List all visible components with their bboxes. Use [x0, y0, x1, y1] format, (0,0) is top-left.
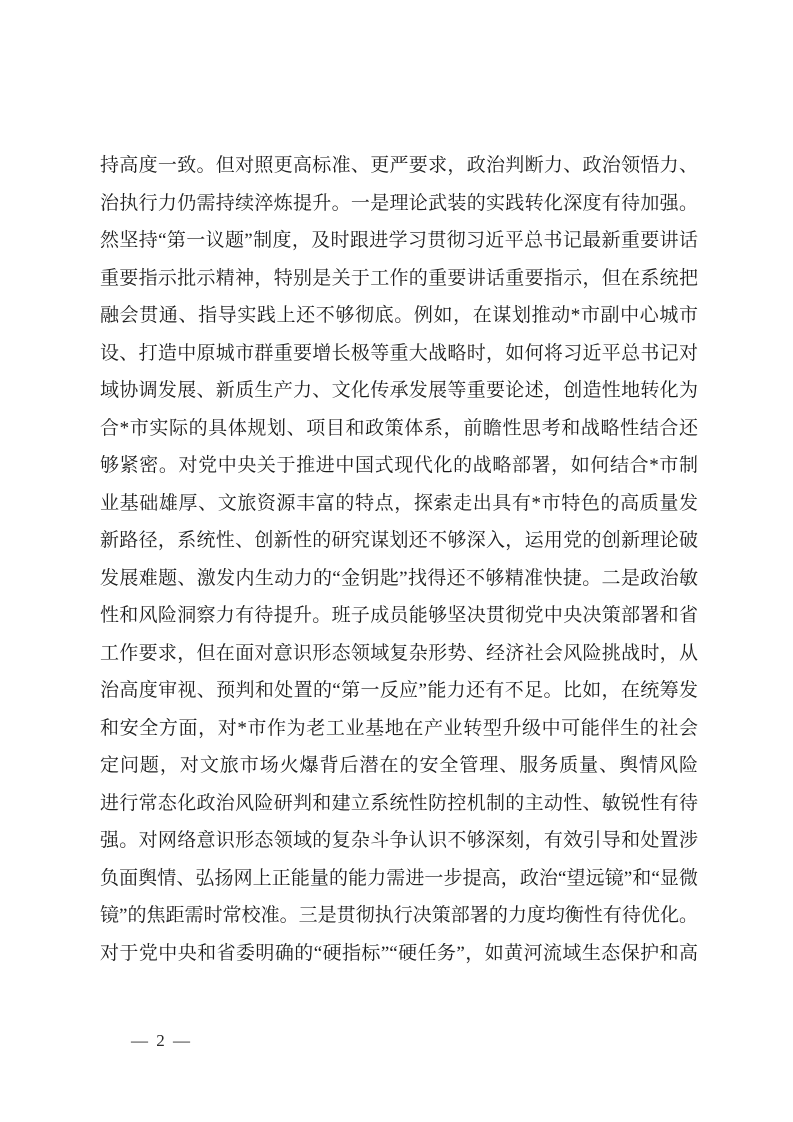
text-line: 治高度审视、预判和处置的“第一反应”能力还有不足。比如，在统筹发展: [100, 672, 698, 710]
text-line: 然坚持“第一议题”制度，及时跟进学习贯彻习近平总书记最新重要讲话和: [100, 222, 698, 260]
document-body: 持高度一致。但对照更高标准、更严要求，政治判断力、政治领悟力、政治执行力仍需持续…: [100, 147, 698, 972]
text-line: 合*市实际的具体规划、项目和政策体系，前瞻性思考和战略性结合还不: [100, 410, 698, 448]
text-line: 够紧密。对党中央关于推进中国式现代化的战略部署，如何结合*市制造: [100, 447, 698, 485]
text-line: 重要指示批示精神，特别是关于工作的重要讲话重要指示，但在系统把握、: [100, 260, 698, 298]
text-line: 域协调发展、新质生产力、文化传承发展等重要论述，创造性地转化为符: [100, 372, 698, 410]
text-line: 性和风险洞察力有待提升。班子成员能够坚决贯彻党中央决策部署和省委: [100, 597, 698, 635]
text-line: 和安全方面，对*市作为老工业基地在产业转型升级中可能伴生的社会稳: [100, 710, 698, 748]
text-line: 镜”的焦距需时常校准。三是贯彻执行决策部署的力度均衡性有待优化。: [100, 897, 698, 935]
text-line: 发展难题、激发内生动力的“金钥匙”找得还不够精准快捷。二是政治敏锐: [100, 560, 698, 598]
text-line: 进行常态化政治风险研判和建立系统性防控机制的主动性、敏锐性有待增: [100, 785, 698, 823]
text-line: 业基础雄厚、文旅资源丰富的特点，探索走出具有*市特色的高质量发展: [100, 485, 698, 523]
text-line: 工作要求，但在面对意识形态领域复杂形势、经济社会风险挑战时，从政: [100, 635, 698, 673]
document-page: 持高度一致。但对照更高标准、更严要求，政治判断力、政治领悟力、政治执行力仍需持续…: [0, 0, 793, 1122]
text-line: 对于党中央和省委明确的“硬指标”“硬任务”，如黄河流域生态保护和高质: [100, 935, 698, 973]
text-line: 负面舆情、弘扬网上正能量的能力需进一步提高，政治“望远镜”和“显微: [100, 860, 698, 898]
text-line: 定问题，对文旅市场火爆背后潜在的安全管理、服务质量、舆情风险等，: [100, 747, 698, 785]
page-number: — 2 —: [131, 1029, 192, 1053]
text-line: 融会贯通、指导实践上还不够彻底。例如，在谋划推动*市副中心城市建: [100, 297, 698, 335]
text-line: 治执行力仍需持续淬炼提升。一是理论武装的实践转化深度有待加强。虽: [100, 185, 698, 223]
text-line: 持高度一致。但对照更高标准、更严要求，政治判断力、政治领悟力、政: [100, 147, 698, 185]
text-line: 强。对网络意识形态领域的复杂斗争认识不够深刻，有效引导和处置涉洛: [100, 822, 698, 860]
text-line: 设、打造中原城市群重要增长极等重大战略时，如何将习近平总书记对区: [100, 335, 698, 373]
text-line: 新路径，系统性、创新性的研究谋划还不够深入，运用党的创新理论破解: [100, 522, 698, 560]
